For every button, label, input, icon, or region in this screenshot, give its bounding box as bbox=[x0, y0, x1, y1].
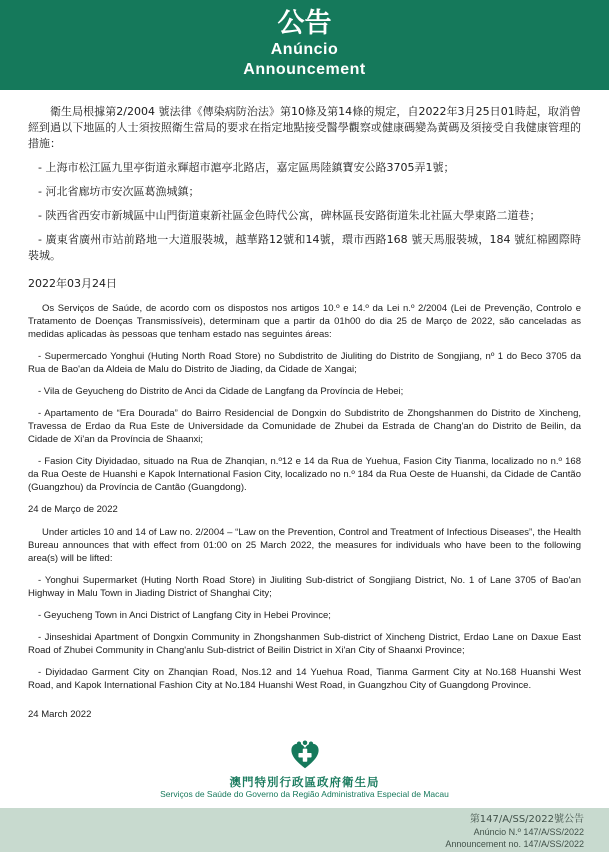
en-intro-paragraph: Under articles 10 and 14 of Law no. 2/20… bbox=[28, 526, 581, 565]
org-name-pt: Serviços de Saúde do Governo da Região A… bbox=[0, 789, 609, 800]
en-date: 24 March 2022 bbox=[28, 708, 581, 721]
zh-area-item: - 上海市松江區九里亭街道永輝超市滬亭北路店，嘉定區馬陸鎮寶安公路3705弄1號… bbox=[28, 160, 581, 176]
en-area-item: - Jinseshidai Apartment of Dongxin Commu… bbox=[28, 631, 581, 657]
pt-area-item: - Supermercado Yonghui (Huting North Roa… bbox=[28, 350, 581, 376]
zh-area-item: - 河北省廊坊市安次區葛漁城鎮； bbox=[28, 184, 581, 200]
announcement-page: 公告 Anúncio Announcement 衛生局根據第2/2004 號法律… bbox=[0, 0, 609, 852]
zh-intro-paragraph: 衛生局根據第2/2004 號法律《傳染病防治法》第10條及第14條的規定，自20… bbox=[28, 104, 581, 152]
reference-number-pt: Anúncio N.º 147/A/SS/2022 bbox=[0, 826, 584, 838]
section-english: Under articles 10 and 14 of Law no. 2/20… bbox=[28, 526, 581, 721]
pt-area-item: - Fasion City Diyidadao, situado na Rua … bbox=[28, 455, 581, 494]
en-area-item: - Geyucheng Town in Anci District of Lan… bbox=[28, 609, 581, 622]
announcement-body: 衛生局根據第2/2004 號法律《傳染病防治法》第10條及第14條的規定，自20… bbox=[0, 90, 609, 731]
zh-date: 2022年03月24日 bbox=[28, 276, 581, 292]
section-chinese: 衛生局根據第2/2004 號法律《傳染病防治法》第10條及第14條的規定，自20… bbox=[28, 104, 581, 292]
pt-area-item: - Apartamento de “Era Dourada” do Bairro… bbox=[28, 407, 581, 446]
zh-area-item: - 廣東省廣州市站前路地一大道服裝城，越華路12號和14號，環市西路168 號天… bbox=[28, 232, 581, 264]
announcement-header-banner: 公告 Anúncio Announcement bbox=[0, 0, 609, 90]
org-name-zh: 澳門特別行政區政府衛生局 bbox=[0, 775, 609, 789]
pt-area-item: - Vila de Geyucheng do Distrito de Anci … bbox=[28, 385, 581, 398]
pt-date: 24 de Março de 2022 bbox=[28, 503, 581, 516]
en-area-item: - Diyidadao Garment City on Zhanqian Roa… bbox=[28, 666, 581, 692]
health-bureau-logo-icon bbox=[289, 740, 321, 775]
page-title-en: Announcement bbox=[0, 60, 609, 80]
reference-number-zh: 第147/A/SS/2022號公告 bbox=[0, 813, 584, 826]
pt-intro-paragraph: Os Serviços de Saúde, de acordo com os d… bbox=[28, 302, 581, 341]
reference-number-en: Announcement no. 147/A/SS/2022 bbox=[0, 838, 584, 850]
zh-area-item: - 陝西省西安市新城區中山門街道東新社區金色時代公寓，碑林區長安路街道朱北社區大… bbox=[28, 208, 581, 224]
section-portuguese: Os Serviços de Saúde, de acordo com os d… bbox=[28, 302, 581, 516]
en-area-item: - Yonghui Supermarket (Huting North Road… bbox=[28, 574, 581, 600]
footer-organization-block: 澳門特別行政區政府衛生局 Serviços de Saúde do Govern… bbox=[0, 740, 609, 808]
page-title-zh: 公告 bbox=[0, 8, 609, 40]
page-title-pt: Anúncio bbox=[0, 40, 609, 60]
reference-number-bar: 第147/A/SS/2022號公告 Anúncio N.º 147/A/SS/2… bbox=[0, 808, 609, 852]
